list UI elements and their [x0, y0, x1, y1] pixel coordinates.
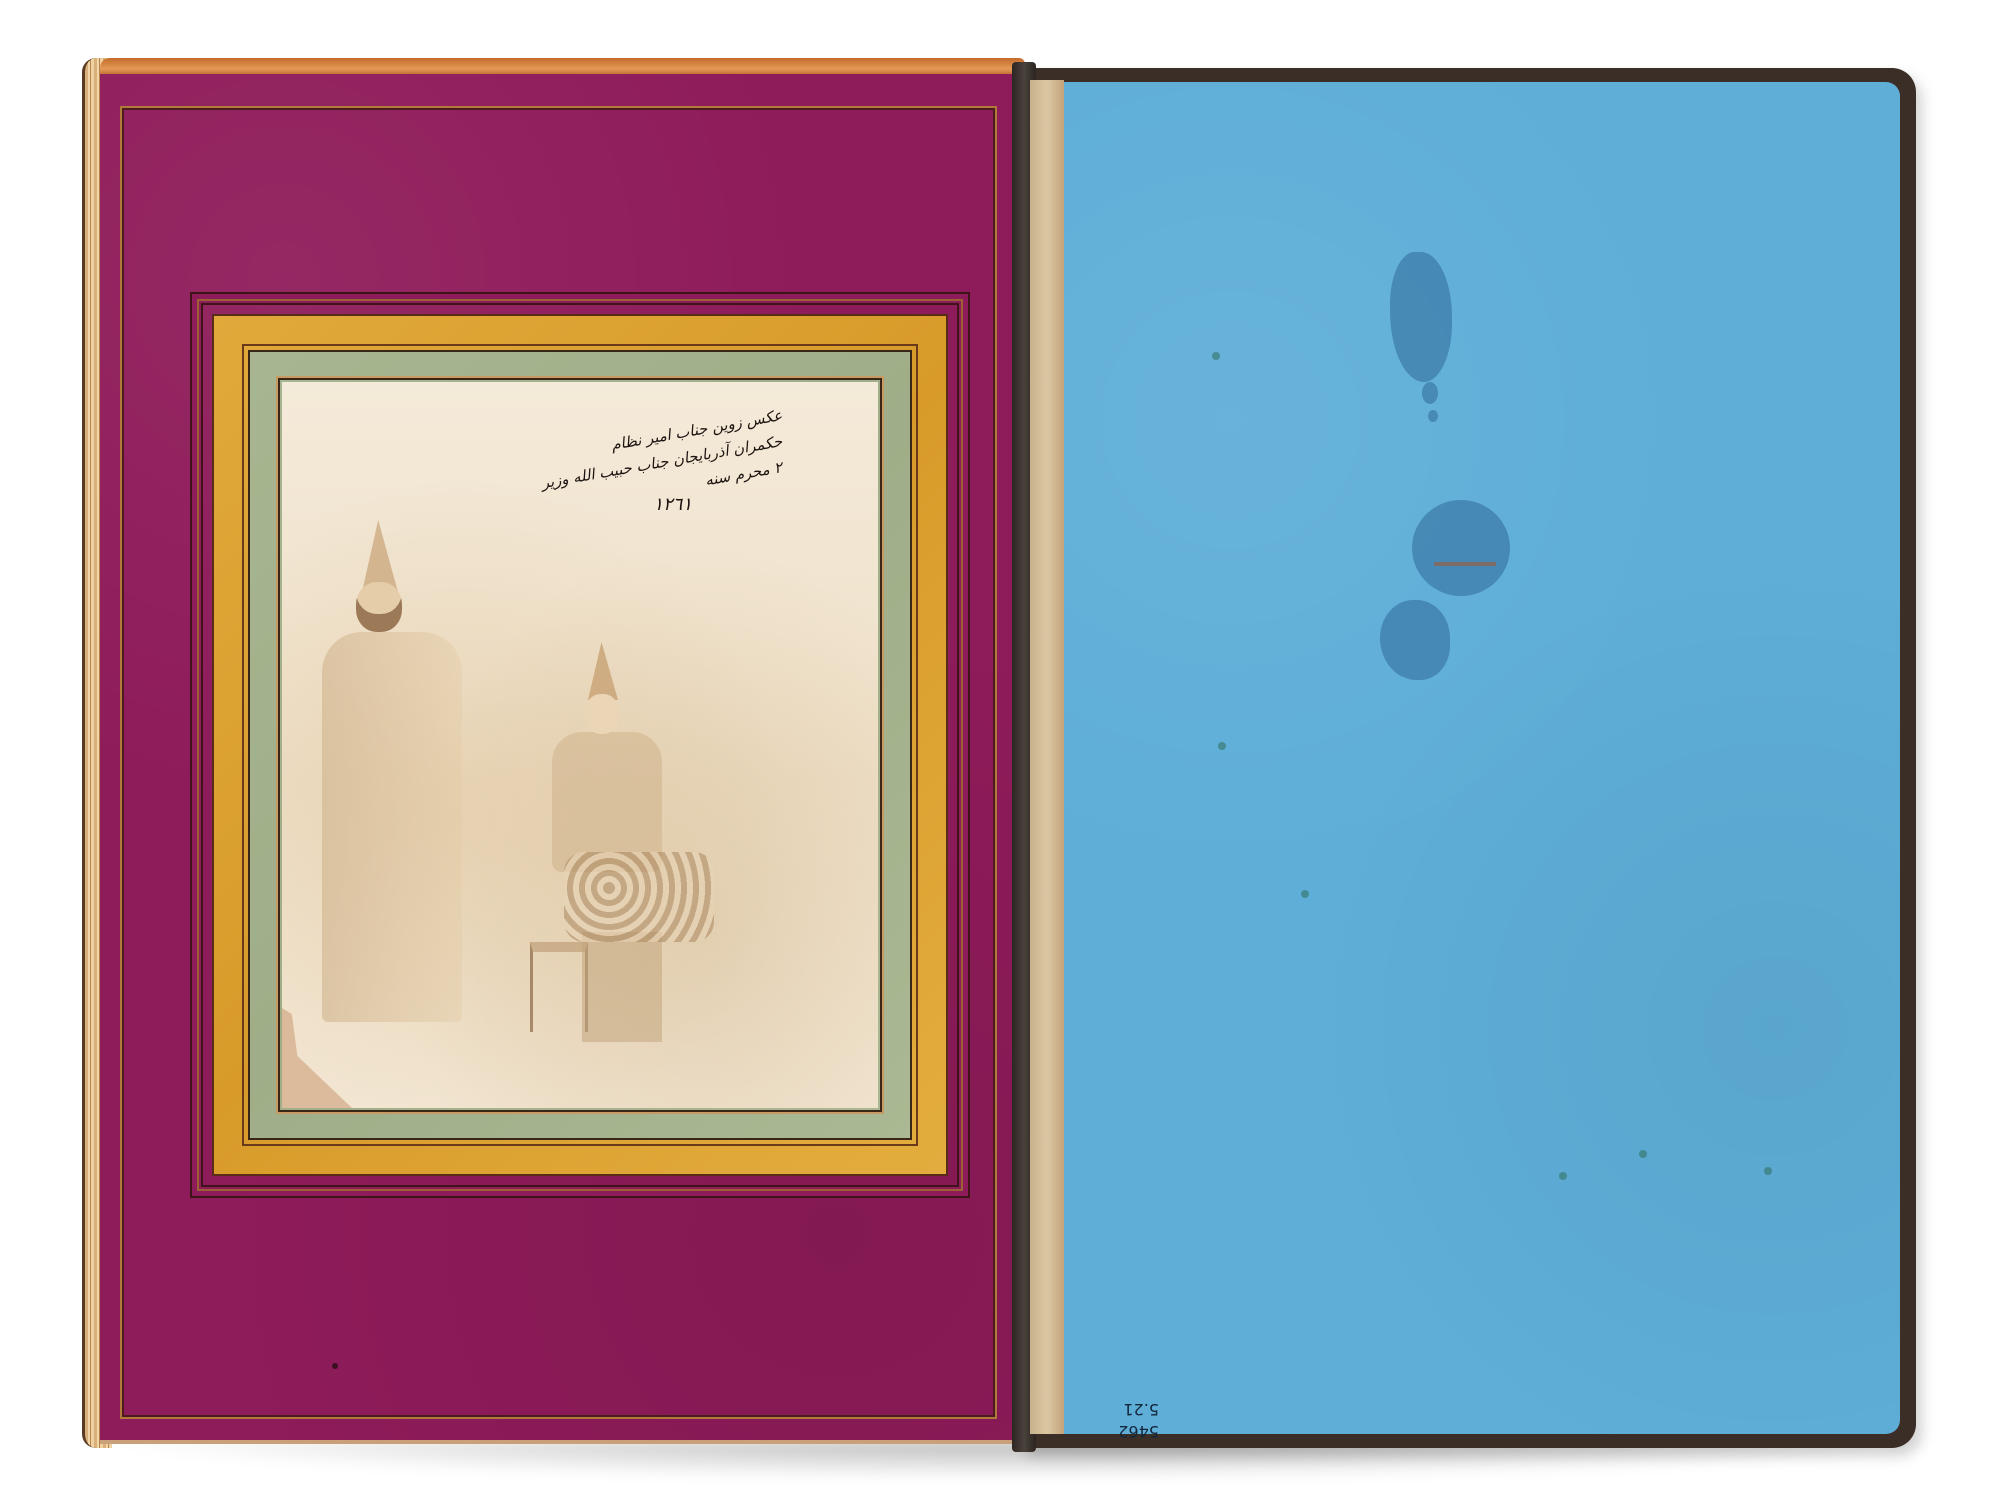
water-stain-drip — [1428, 410, 1438, 422]
mounted-photograph: عکس زوین جناب امیر نظام حکمران آذربایجان… — [282, 382, 878, 1108]
seated-figure-legs — [582, 932, 662, 1042]
cloth-hinge-strip — [1030, 80, 1064, 1434]
speck — [1639, 1150, 1647, 1158]
speck — [1301, 890, 1309, 898]
shelf-mark-line: 5.21 — [1089, 1398, 1159, 1420]
persian-inscription: عکس زوین جناب امیر نظام حکمران آذربایجان… — [452, 402, 782, 562]
shelf-mark: 5462 5.21 — [1089, 1372, 1159, 1442]
water-stain — [1380, 600, 1450, 680]
standing-figure-body — [322, 632, 462, 1022]
stain-mark — [1434, 562, 1496, 566]
photo-corner-stain — [282, 1008, 352, 1108]
water-stain-drip — [1422, 382, 1438, 404]
water-stain — [1390, 252, 1452, 382]
water-stain — [1412, 500, 1510, 596]
speck — [1764, 1167, 1772, 1175]
blue-pastedown: 5462 5.21 — [1064, 82, 1900, 1434]
shelf-mark-line: 5462 — [1089, 1420, 1159, 1442]
speck — [1218, 742, 1226, 750]
seated-figure-body — [552, 732, 662, 872]
speck — [1559, 1172, 1567, 1180]
seated-figure-hat — [588, 642, 618, 700]
page-blemish — [332, 1363, 338, 1369]
seated-figure-robe — [564, 852, 714, 942]
seated-figure-face — [585, 694, 619, 734]
speck — [1212, 352, 1220, 360]
standing-figure-face — [356, 582, 402, 632]
chair — [530, 942, 588, 1032]
